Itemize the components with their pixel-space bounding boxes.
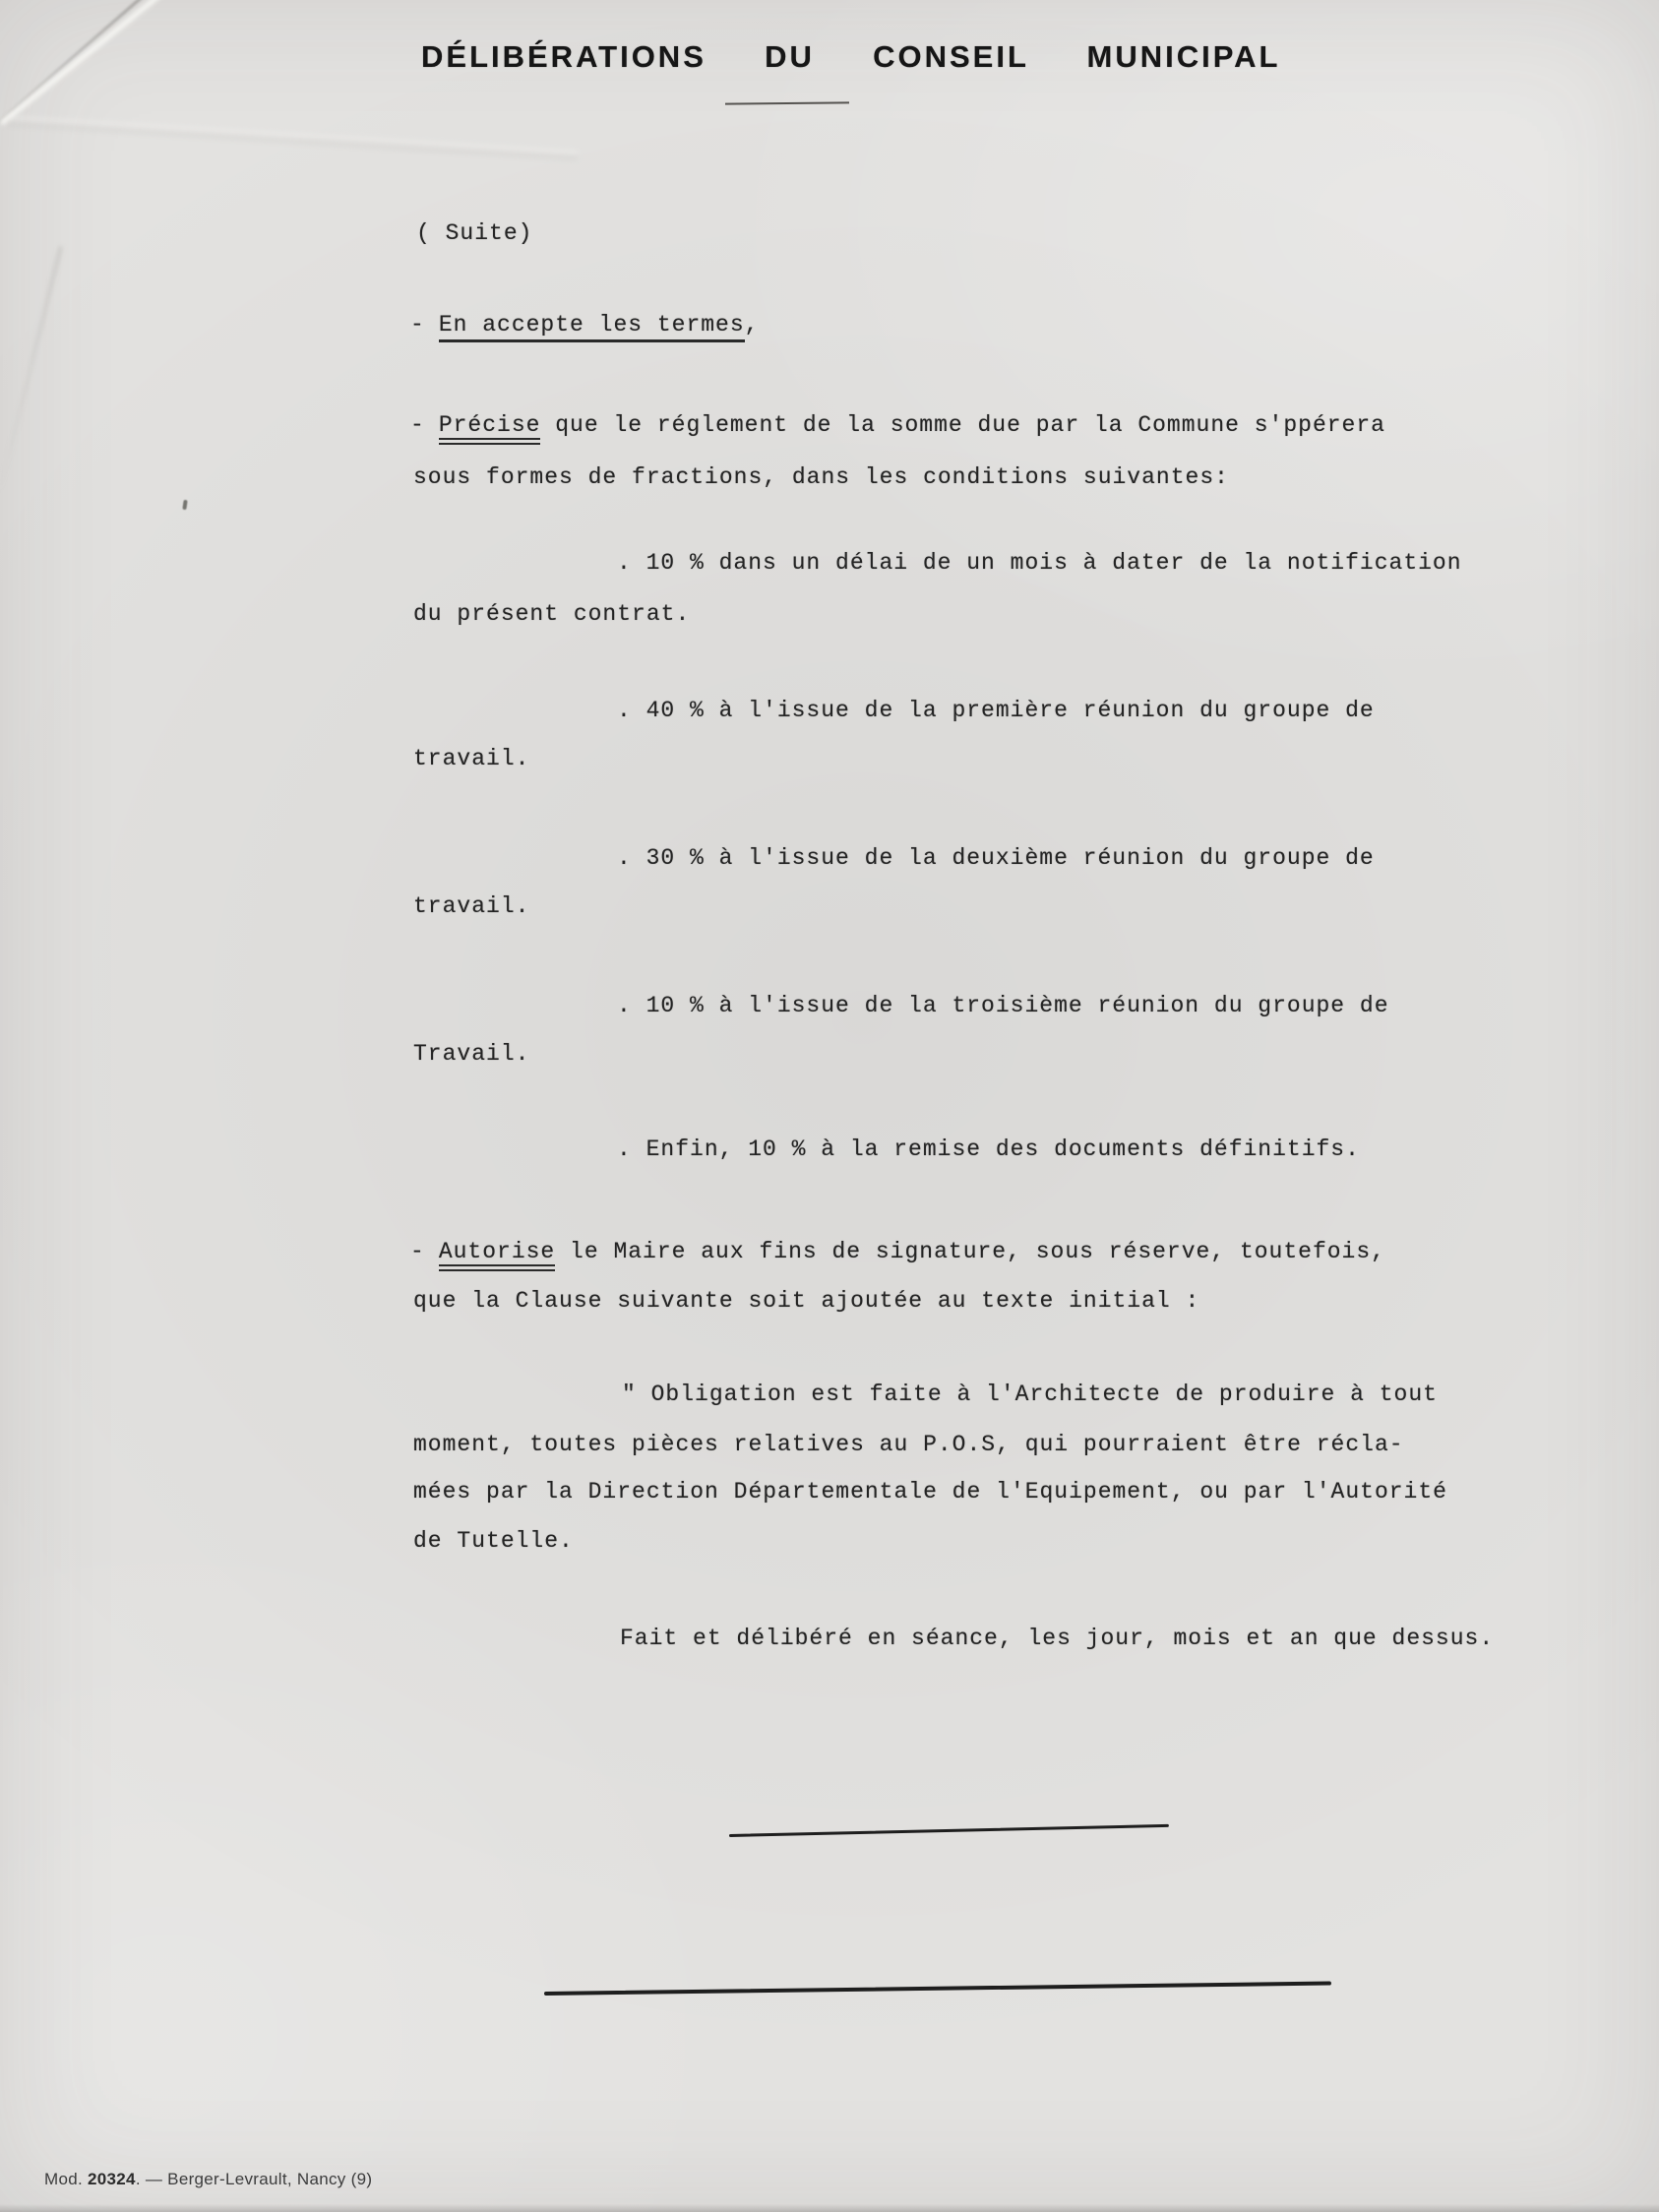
obligation-line-1: " Obligation est faite à l'Architecte de… xyxy=(622,1380,1438,1409)
continuation-label: ( Suite) xyxy=(416,218,532,248)
obligation-line-3: mées par la Direction Départementale de … xyxy=(413,1477,1447,1506)
imprint-model-number: 20324 xyxy=(88,2170,136,2188)
clause-accepte-keyword: En accepte les termes xyxy=(439,312,745,342)
clause-accepte: -En accepte les termes, xyxy=(410,310,759,339)
clause-autorise-keyword: Autorise xyxy=(439,1239,555,1271)
payment-item-3-line-2: travail. xyxy=(413,891,529,921)
dash-marker: - xyxy=(410,412,425,438)
clause-precise-keyword: Précise xyxy=(439,412,541,445)
ink-speck xyxy=(182,500,187,510)
clause-precise-line-2: sous formes de fractions, dans les condi… xyxy=(413,462,1229,492)
paper-fold-ridge xyxy=(7,116,577,159)
printer-imprint: Mod. 20324. — Berger-Levrault, Nancy (9) xyxy=(44,2169,372,2190)
payment-item-3-line-1: . 30 % à l'issue de la deuxième réunion … xyxy=(617,843,1375,873)
payment-item-5-line-1: . Enfin, 10 % à la remise des documents … xyxy=(617,1135,1360,1164)
obligation-line-2: moment, toutes pièces relatives au P.O.S… xyxy=(413,1430,1404,1459)
closing-statement: Fait et délibéré en séance, les jour, mo… xyxy=(620,1624,1494,1653)
title-underline-rule xyxy=(725,101,849,104)
payment-item-1-line-2: du présent contrat. xyxy=(413,599,690,629)
payment-item-1-line-1: . 10 % dans un délai de un mois à dater … xyxy=(617,548,1462,578)
paper-crease-faint xyxy=(0,246,63,495)
signature-rule-long xyxy=(544,1982,1331,1996)
clause-autorise-tail: le Maire aux fins de signature, sous rés… xyxy=(555,1239,1385,1264)
clause-precise-line-1: -Précise que le réglement de la somme du… xyxy=(410,410,1385,440)
scan-bottom-edge-shadow xyxy=(0,2204,1659,2212)
payment-item-2-line-2: travail. xyxy=(413,744,529,773)
clause-autorise-line-2: que la Clause suivante soit ajoutée au t… xyxy=(413,1286,1199,1316)
clause-autorise-line-1: -Autorise le Maire aux fins de signature… xyxy=(410,1237,1385,1266)
payment-item-4-line-2: Travail. xyxy=(413,1039,529,1069)
obligation-line-4: de Tutelle. xyxy=(413,1526,574,1556)
payment-item-4-line-1: . 10 % à l'issue de la troisième réunion… xyxy=(617,991,1389,1020)
document-title: DÉLIBÉRATIONS DU CONSEIL MUNICIPAL xyxy=(421,37,1280,77)
imprint-suffix: . — Berger-Levrault, Nancy (9) xyxy=(136,2170,372,2188)
dash-marker: - xyxy=(410,1239,425,1264)
scanned-document-page: DÉLIBÉRATIONS DU CONSEIL MUNICIPAL ( Sui… xyxy=(0,0,1659,2212)
clause-precise-tail: que le réglement de la somme due par la … xyxy=(540,412,1385,438)
clause-accepte-tail: , xyxy=(745,312,760,338)
imprint-prefix: Mod. xyxy=(44,2170,88,2188)
payment-item-2-line-1: . 40 % à l'issue de la première réunion … xyxy=(617,696,1375,725)
dash-marker: - xyxy=(410,312,425,338)
paper-crease-highlight xyxy=(0,0,167,125)
paper-crease-line xyxy=(0,0,148,126)
signature-rule-short xyxy=(729,1824,1169,1837)
